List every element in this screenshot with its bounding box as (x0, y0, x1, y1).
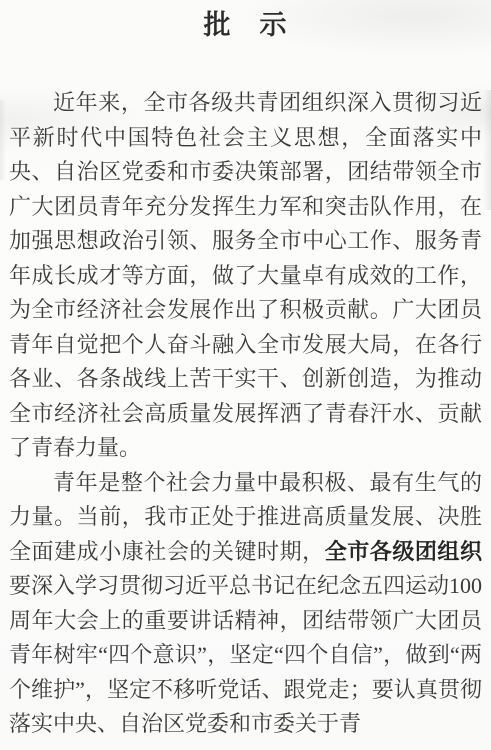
document-page: 批 示 近年来，全市各级共青团组织深入贯彻习近平新时代中国特色社会主义思想，全面… (0, 0, 491, 750)
paragraph-1: 近年来，全市各级共青团组织深入贯彻习近平新时代中国特色社会主义思想，全面落实中央… (9, 86, 482, 466)
body-text: 要深入学习贯彻习近平总书记在纪念五四运动100周年大会上的重要讲话精神，团结带领… (9, 573, 482, 736)
emphasis-text: 全市各级团组织 (325, 539, 482, 564)
document-body: 近年来，全市各级共青团组织深入贯彻习近平新时代中国特色社会主义思想，全面落实中央… (0, 86, 491, 742)
paragraph-2: 青年是整个社会力量中最积极、最有生气的力量。当前，我市正处于推进高质量发展、决胜… (9, 466, 482, 742)
document-title: 批 示 (0, 8, 491, 42)
body-text: 近年来，全市各级共青团组织深入贯彻习近平新时代中国特色社会主义思想，全面落实中央… (9, 90, 482, 460)
